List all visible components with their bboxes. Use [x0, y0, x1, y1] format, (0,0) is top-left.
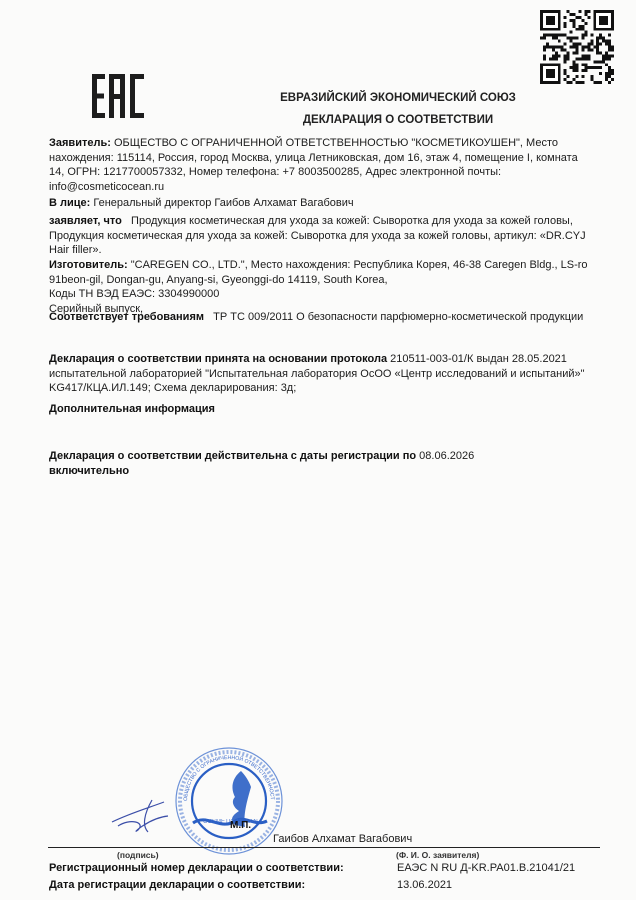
declares-label: заявляет, что — [49, 215, 122, 227]
seal-place-label: М.П. — [230, 820, 251, 831]
registration-number: ЕАЭС N RU Д-KR.PA01.B.21041/21 — [397, 862, 575, 874]
name-caption: (Ф. И. О. заявителя) — [396, 850, 479, 860]
declares-text: Продукция косметическая для ухода за кож… — [49, 215, 586, 256]
compliance-section: Соответствует требованиям ТР ТС 009/2011… — [49, 310, 589, 325]
applicant-section: Заявитель: ОБЩЕСТВО С ОГРАНИЧЕННОЙ ОТВЕТ… — [49, 136, 589, 194]
declares-section: заявляет, что Продукция косметическая дл… — [49, 214, 589, 258]
manufacturer-label: Изготовитель: — [49, 259, 128, 271]
additional-info-section: Дополнительная информация — [49, 402, 589, 417]
compliance-label: Соответствует требованиям — [49, 311, 204, 323]
represented-by-label: В лице: — [49, 197, 90, 209]
union-title: ЕВРАЗИЙСКИЙ ЭКОНОМИЧЕСКИЙ СОЮЗ — [80, 92, 636, 104]
applicant-text: ОБЩЕСТВО С ОГРАНИЧЕННОЙ ОТВЕТСТВЕННОСТЬЮ… — [49, 137, 578, 193]
registration-date-label: Дата регистрации декларации о соответств… — [49, 879, 305, 891]
validity-suffix: включительно — [49, 465, 129, 477]
signature-caption: (подпись) — [117, 850, 159, 860]
validity-label: Декларация о соответствии действительна … — [49, 450, 416, 462]
represented-by-section: В лице: Генеральный директор Гаибов Алха… — [49, 196, 589, 211]
manufacturer-text: "CAREGEN CO., LTD.", Место нахождения: Р… — [49, 259, 588, 286]
applicant-label: Заявитель: — [49, 137, 111, 149]
manufacturer-section: Изготовитель: "CAREGEN CO., LTD.", Место… — [49, 258, 589, 316]
basis-label: Декларация о соответствии принята на осн… — [49, 353, 387, 365]
basis-section: Декларация о соответствии принята на осн… — [49, 352, 589, 396]
additional-info-label: Дополнительная информация — [49, 403, 215, 415]
signature-mark — [108, 796, 180, 841]
applicant-name: Гаибов Алхамат Вагабович — [273, 833, 412, 845]
hs-codes: Коды ТН ВЭД ЕАЭС: 3304990000 — [49, 288, 219, 300]
represented-by-text: Генеральный директор Гаибов Алхамат Вага… — [93, 197, 353, 209]
registration-number-label: Регистрационный номер декларации о соотв… — [49, 862, 344, 874]
qr-code-icon — [540, 10, 614, 84]
validity-date: 08.06.2026 — [419, 450, 474, 462]
company-stamp: ОБЩЕСТВО С ОГРАНИЧЕННОЙ ОТВЕТСТВЕННОСТЬЮ… — [173, 745, 285, 857]
signature-line — [48, 847, 600, 848]
document-title: ДЕКЛАРАЦИЯ О СООТВЕТСТВИИ — [80, 114, 636, 126]
validity-section: Декларация о соответствии действительна … — [49, 449, 589, 478]
registration-date: 13.06.2021 — [397, 879, 452, 891]
compliance-text: ТР ТС 009/2011 О безопасности парфюмерно… — [213, 311, 583, 323]
